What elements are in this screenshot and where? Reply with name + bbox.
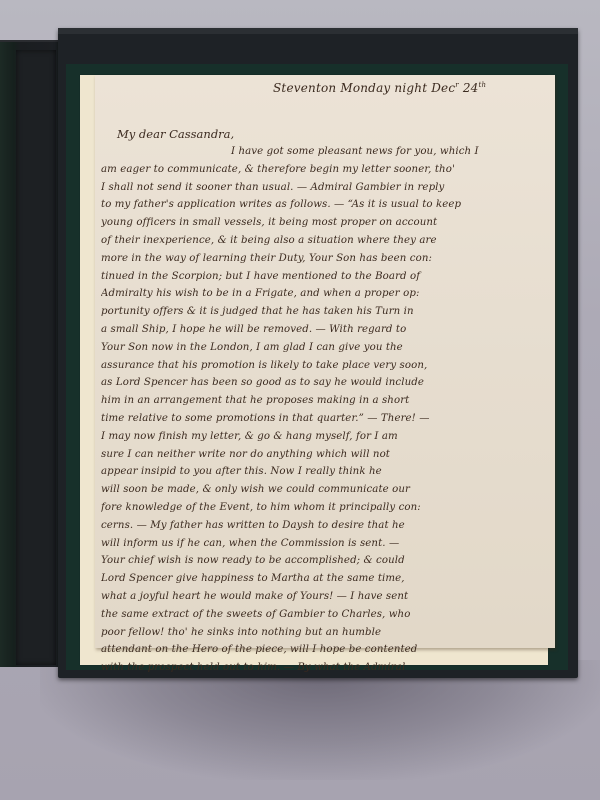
letter-line: Admiralty his wish to be in a Frigate, a… — [101, 285, 551, 303]
letter-line: I shall not send it sooner than usual. —… — [101, 179, 551, 197]
case-spine — [16, 50, 56, 665]
letter-line: portunity offers & it is judged that he … — [101, 303, 551, 321]
letter-line: what a joyful heart he would make of You… — [101, 588, 551, 606]
letter-line: Lord Spencer give happiness to Martha at… — [101, 570, 551, 588]
letter-line: will inform us if he can, when the Commi… — [101, 535, 551, 553]
dateline-sup-th: th — [479, 81, 487, 89]
letter-line: I have got some pleasant news for you, w… — [101, 143, 551, 161]
letter-line: attendant on the Hero of the piece, will… — [101, 641, 551, 659]
letter-dateline: Steventon Monday night Decr 24th — [273, 81, 486, 95]
letter-body: I have got some pleasant news for you, w… — [101, 143, 551, 677]
letter-line: am eager to communicate, & therefore beg… — [101, 161, 551, 179]
letter-line: Your Son now in the London, I am glad I … — [101, 339, 551, 357]
letter-line: time relative to some promotions in that… — [101, 410, 551, 428]
letter-line: young officers in small vessels, it bein… — [101, 214, 551, 232]
letter-line: a small Ship, I hope he will be removed.… — [101, 321, 551, 339]
case-shadow — [40, 660, 600, 780]
letter-line: sure I can neither write nor do anything… — [101, 446, 551, 464]
letter-line: of their inexperience, & it being also a… — [101, 232, 551, 250]
letter-line: as Lord Spencer has been so good as to s… — [101, 374, 551, 392]
letter-line: appear insipid to you after this. Now I … — [101, 463, 551, 481]
letter-line: tinued in the Scorpion; but I have menti… — [101, 268, 551, 286]
handwritten-letter: Steventon Monday night Decr 24th My dear… — [95, 75, 555, 648]
letter-line: Your chief wish is now ready to be accom… — [101, 552, 551, 570]
letter-line: to my father's application writes as fol… — [101, 196, 551, 214]
letter-line: the same extract of the sweets of Gambie… — [101, 606, 551, 624]
letter-line: poor fellow! tho' he sinks into nothing … — [101, 624, 551, 642]
letter-line: more in the way of learning their Duty, … — [101, 250, 551, 268]
letter-line: I may now finish my letter, & go & hang … — [101, 428, 551, 446]
letter-line: will soon be made, & only wish we could … — [101, 481, 551, 499]
dateline-day: 24 — [459, 81, 479, 95]
case-top-edge — [58, 28, 578, 34]
letter-line: fore knowledge of the Event, to him whom… — [101, 499, 551, 517]
dateline-text: Steventon Monday night Dec — [273, 81, 455, 95]
letter-salutation: My dear Cassandra, — [117, 127, 234, 141]
letter-line: with the prospect held out to him. — By … — [101, 659, 551, 677]
letter-line: cerns. — My father has written to Daysh … — [101, 517, 551, 535]
letter-line: him in an arrangement that he proposes m… — [101, 392, 551, 410]
letter-line: assurance that his promotion is likely t… — [101, 357, 551, 375]
